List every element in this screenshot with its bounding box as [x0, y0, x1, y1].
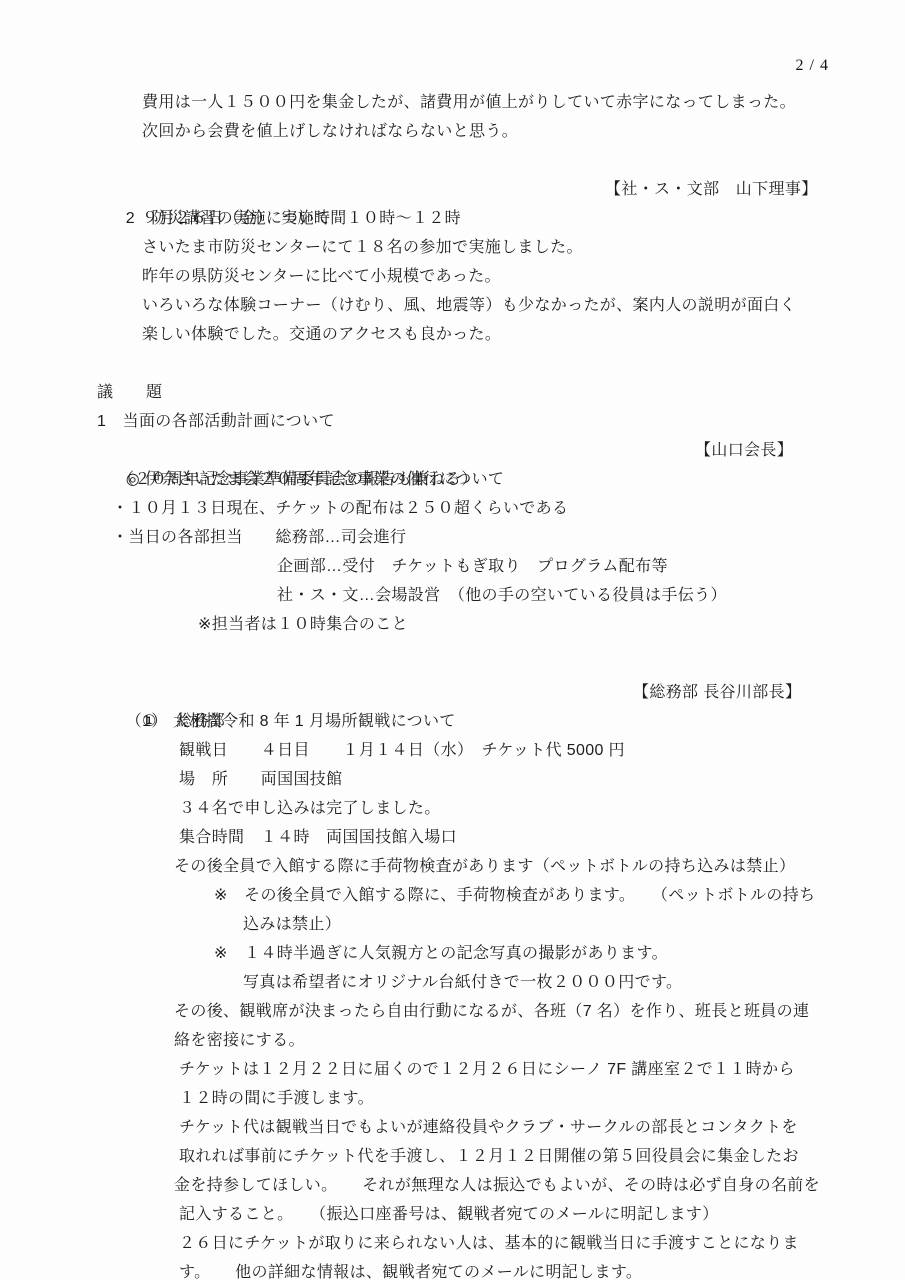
- detail-line: 記入すること。 （振込口座番号は、観戦者宛てのメールに明記します）: [179, 1200, 905, 1229]
- page-number: 2 / 4: [796, 57, 829, 75]
- agenda-item-1: 1 当面の各部活動計画について: [97, 407, 905, 436]
- paragraph-line: 費用は一人１５００円を集金したが、諸費用が値上がりしていて赤字になってしまった。: [142, 88, 905, 117]
- spacer-line: [0, 349, 905, 378]
- detail-line: チケット代は観戦当日でもよいが連絡役員やクラブ・サークルの部長とコンタクトを: [179, 1113, 905, 1142]
- detail-line: 場 所 両国国技館: [179, 765, 905, 794]
- detail-note-line: ※ その後全員で入館する際に、手荷物検査があります。 （ペットボトルの持ち: [214, 881, 905, 910]
- bullet-line: ・１０月１３日現在、チケットの配布は２５０超くらいである: [112, 494, 905, 523]
- assignment-line: 企画部…受付 チケットもぎ取り プログラム配布等: [277, 552, 905, 581]
- sumo-item-title: ① 大相撲令和 8 年 1 月場所観戦について: [142, 707, 905, 736]
- detail-line: ３４名で申し込みは完了しました。: [179, 794, 905, 823]
- document-body: 費用は一人１５００円を集金したが、諸費用が値上がりしていて赤字になってしまった。…: [0, 0, 905, 1280]
- detail-note-line: ※ １４時半過ぎに人気親方との記念写真の撮影があります。: [214, 939, 905, 968]
- detail-line: １２時の間に手渡します。: [179, 1084, 905, 1113]
- agenda-heading: 議 題: [97, 378, 905, 407]
- detail-line: 金を持参してほしい。 それが無理な人は振込でもよいが、その時は必ず自身の名前を: [174, 1171, 905, 1200]
- detail-line: ２６日にチケットが取りに来られない人は、基本的に観戦当日に手渡すことになりま: [179, 1229, 905, 1258]
- note-line: ※担当者は１０時集合のこと: [198, 610, 905, 639]
- soumu-heading: （1） 総務部 【総務部 長谷川部長】: [97, 678, 905, 707]
- detail-line: その後、観戦席が決まったら自由行動になるが、各班（7 名）を作り、班長と班員の連: [174, 997, 905, 1026]
- paragraph-line: いろいろな体験コーナー（けむり、風、地震等）も少なかったが、案内人の説明が面白く: [142, 291, 905, 320]
- detail-note-line: 写真は希望者にオリジナル台紙付きで一枚２０００円です。: [243, 968, 905, 997]
- detail-line: チケットは１２月２２日に届くので１２月２６日にシーノ 7F 講座室２で１１時から: [179, 1055, 905, 1084]
- soumu-attribution: 【総務部 長谷川部長】: [633, 678, 801, 707]
- paragraph-line: 楽しい体験でした。交通のアクセスも良かった。: [142, 320, 905, 349]
- section-attribution: 【社・ス・文部 山下理事】: [605, 175, 818, 204]
- detail-line: 集合時間 １４時 両国国技館入場口: [179, 823, 905, 852]
- spacer: [0, 668, 905, 678]
- detail-note-line: 込みは禁止）: [243, 910, 905, 939]
- spacer-line: [0, 639, 905, 668]
- paragraph-line: 次回から会費を値上げしなければならないと思う。: [142, 117, 905, 146]
- assignment-line: 社・ス・文…会場設営 （他の手の空いている役員は手伝う）: [277, 581, 905, 610]
- document-page: 2 / 4 費用は一人１５００円を集金したが、諸費用が値上がりしていて赤字になっ…: [0, 0, 905, 1280]
- paragraph-line: 昨年の県防災センターに比べて小規模であった。: [142, 262, 905, 291]
- anniversary-attribution: 【山口会長】: [695, 436, 793, 465]
- detail-line: その後全員で入館する際に手荷物検査があります（ペットボトルの持ち込みは禁止）: [174, 852, 905, 881]
- detail-line: 観戦日 ４日目 １月１４日（水） チケット代 5000 円: [179, 736, 905, 765]
- bullet-line: ・当日の各部担当 総務部…司会進行: [112, 523, 905, 552]
- paragraph-line: さいたま市防災センターにて１８名の参加で実施しました。: [142, 233, 905, 262]
- detail-line: す。 他の詳細な情報は、観戦者宛てのメールに明記します。: [179, 1258, 905, 1280]
- spacer-line: [0, 146, 905, 175]
- anniversary-heading: ◎ 伊奈さいたま会２０周年記念事業の催行について 【山口会長】: [97, 436, 905, 465]
- detail-line: 絡を密接にする。: [174, 1026, 905, 1055]
- detail-line: 取れれば事前にチケット代を手渡し、１２月１２日開催の第５回役員会に集金したお: [179, 1142, 905, 1171]
- section-heading-disaster-training: 2 防災講習の実施について 【社・ス・文部 山下理事】: [97, 175, 905, 204]
- paragraph-line: ９月２６日（金） 実施時間１０時～１２時: [142, 204, 905, 233]
- anniversary-subtitle: （２０周年記念事業準備委員会の報告も兼ねる）: [118, 465, 905, 494]
